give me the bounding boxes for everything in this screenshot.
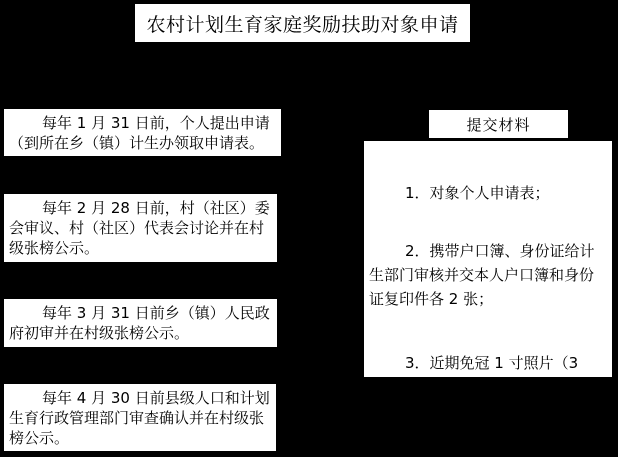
flow-step-3: 每年 3 月 31 日前乡（镇）人民政府初审并在村级张榜公示。 (3, 298, 278, 348)
materials-panel: 1．对象个人申请表； 2．携带户口簿、身份证给计生部门审核并交本人户口簿和身份证… (363, 140, 613, 378)
flowchart-canvas: 农村计划生育家庭奖励扶助对象申请 每年 1 月 31 日前，个人提出申请（到所在… (0, 0, 618, 457)
flow-step-2-text: 每年 2 月 28 日前，村（社区）委会审议、村（社区）代表会讨论并在村级张榜公… (9, 198, 272, 258)
material-item-1: 1．对象个人申请表； (369, 181, 607, 205)
flowchart-title: 农村计划生育家庭奖励扶助对象申请 (134, 3, 471, 43)
material-item-3: 3．近期免冠 1 寸照片（3 张）。 (369, 351, 607, 399)
flow-step-1: 每年 1 月 31 日前，个人提出申请（到所在乡（镇）计生办领取申请表。 (3, 108, 282, 157)
flow-step-4-text: 每年 4 月 30 日前县级人口和计划生育行政管理部门审查确认并在村级张榜公示。 (9, 388, 271, 448)
flow-step-3-text: 每年 3 月 31 日前乡（镇）人民政府初审并在村级张榜公示。 (9, 303, 272, 343)
flow-step-2: 每年 2 月 28 日前，村（社区）委会审议、村（社区）代表会讨论并在村级张榜公… (3, 193, 278, 263)
materials-header: 提交材料 (428, 109, 569, 139)
flow-step-4: 每年 4 月 30 日前县级人口和计划生育行政管理部门审查确认并在村级张榜公示。 (3, 383, 277, 452)
flow-step-1-text: 每年 1 月 31 日前，个人提出申请（到所在乡（镇）计生办领取申请表。 (9, 113, 276, 153)
material-item-2: 2．携带户口簿、身份证给计生部门审核并交本人户口簿和身份证复印件各 2 张； (369, 239, 607, 311)
